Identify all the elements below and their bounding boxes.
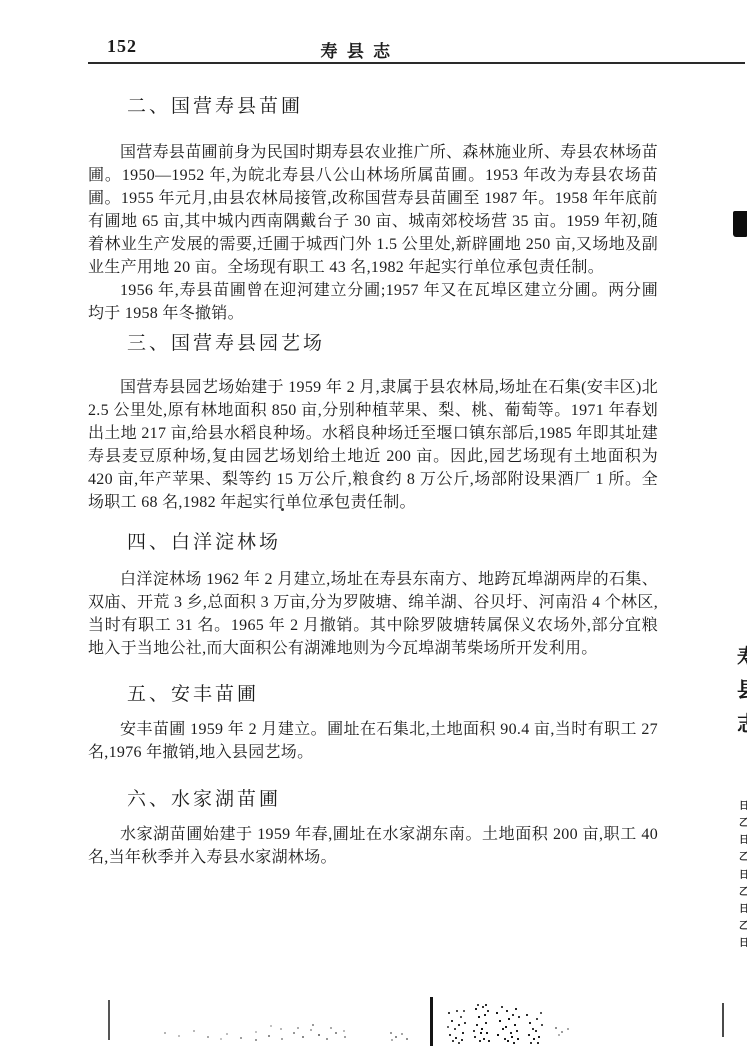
- edge-mark: 乙: [739, 917, 747, 932]
- edge-mark: 乙: [739, 848, 747, 863]
- scan-noise-smudge: [160, 1026, 162, 1028]
- edge-mark: 乙: [739, 883, 747, 898]
- section-heading-baiyangdian-linchang: 四、白洋淀林场: [127, 531, 281, 555]
- page-number: 152: [107, 36, 137, 57]
- scan-noise-smudge: [472, 1002, 474, 1004]
- edge-mark: 日: [739, 934, 747, 949]
- edge-mark: 日: [739, 797, 747, 812]
- edge-mark: 日: [739, 900, 747, 915]
- scan-artifact-line: [108, 1000, 110, 1040]
- edge-mark: 日: [739, 866, 747, 881]
- scan-artifact-blob: [733, 211, 747, 237]
- scanned-book-page: 152 寿县志 二、国营寿县苗圃 国营寿县苗圃前身为民国时期寿县农业推广所、森林…: [0, 0, 747, 1046]
- book-title: 寿县志: [300, 37, 420, 62]
- spine-char: 寿: [737, 641, 747, 671]
- paragraph: 1956 年,寿县苗圃曾在迎河建立分圃;1957 年又在瓦埠区建立分圃。两分圃均…: [88, 279, 658, 325]
- paragraph: 白洋淀林场 1962 年 2 月建立,场址在寿县东南方、地跨瓦埠湖两岸的石集、双…: [88, 568, 658, 660]
- scan-noise-smudge: [524, 1010, 526, 1012]
- paragraph: 国营寿县苗圃前身为民国时期寿县农业推广所、森林施业所、寿县农林场苗圃。1950—…: [88, 141, 658, 279]
- scan-artifact-line: [430, 997, 433, 1046]
- header-rule: [88, 62, 745, 64]
- section-heading-anfeng-miaopu: 五、安丰苗圃: [127, 683, 259, 707]
- paragraph: 水家湖苗圃始建于 1959 年春,圃址在水家湖东南。土地面积 200 亩,职工 …: [88, 823, 658, 869]
- paragraph: 安丰苗圃 1959 年 2 月建立。圃址在石集北,土地面积 90.4 亩,当时有…: [88, 718, 658, 764]
- scan-artifact-line: [722, 1003, 724, 1037]
- scan-noise-smudge: [552, 1024, 554, 1026]
- section-heading-shuijiahu-miaopu: 六、水家湖苗圃: [127, 788, 281, 812]
- paragraph: 国营寿县园艺场始建于 1959 年 2 月,隶属于县农林局,场址在石集(安丰区)…: [88, 376, 658, 514]
- section-heading-guoying-shouxian-miaopu: 二、国营寿县苗圃: [127, 95, 303, 119]
- section-heading-guoying-shouxian-yuanyichang: 三、国营寿县园艺场: [127, 332, 325, 356]
- edge-mark: 乙: [739, 814, 747, 829]
- edge-mark: 日: [739, 831, 747, 846]
- scan-noise-smudge: [388, 1030, 390, 1032]
- scan-noise-smudge: [446, 1008, 448, 1010]
- scan-artifact-dot: [281, 508, 284, 511]
- spine-char: 县: [737, 674, 747, 704]
- scan-noise-smudge: [494, 1004, 496, 1006]
- spine-char: 志: [737, 708, 747, 738]
